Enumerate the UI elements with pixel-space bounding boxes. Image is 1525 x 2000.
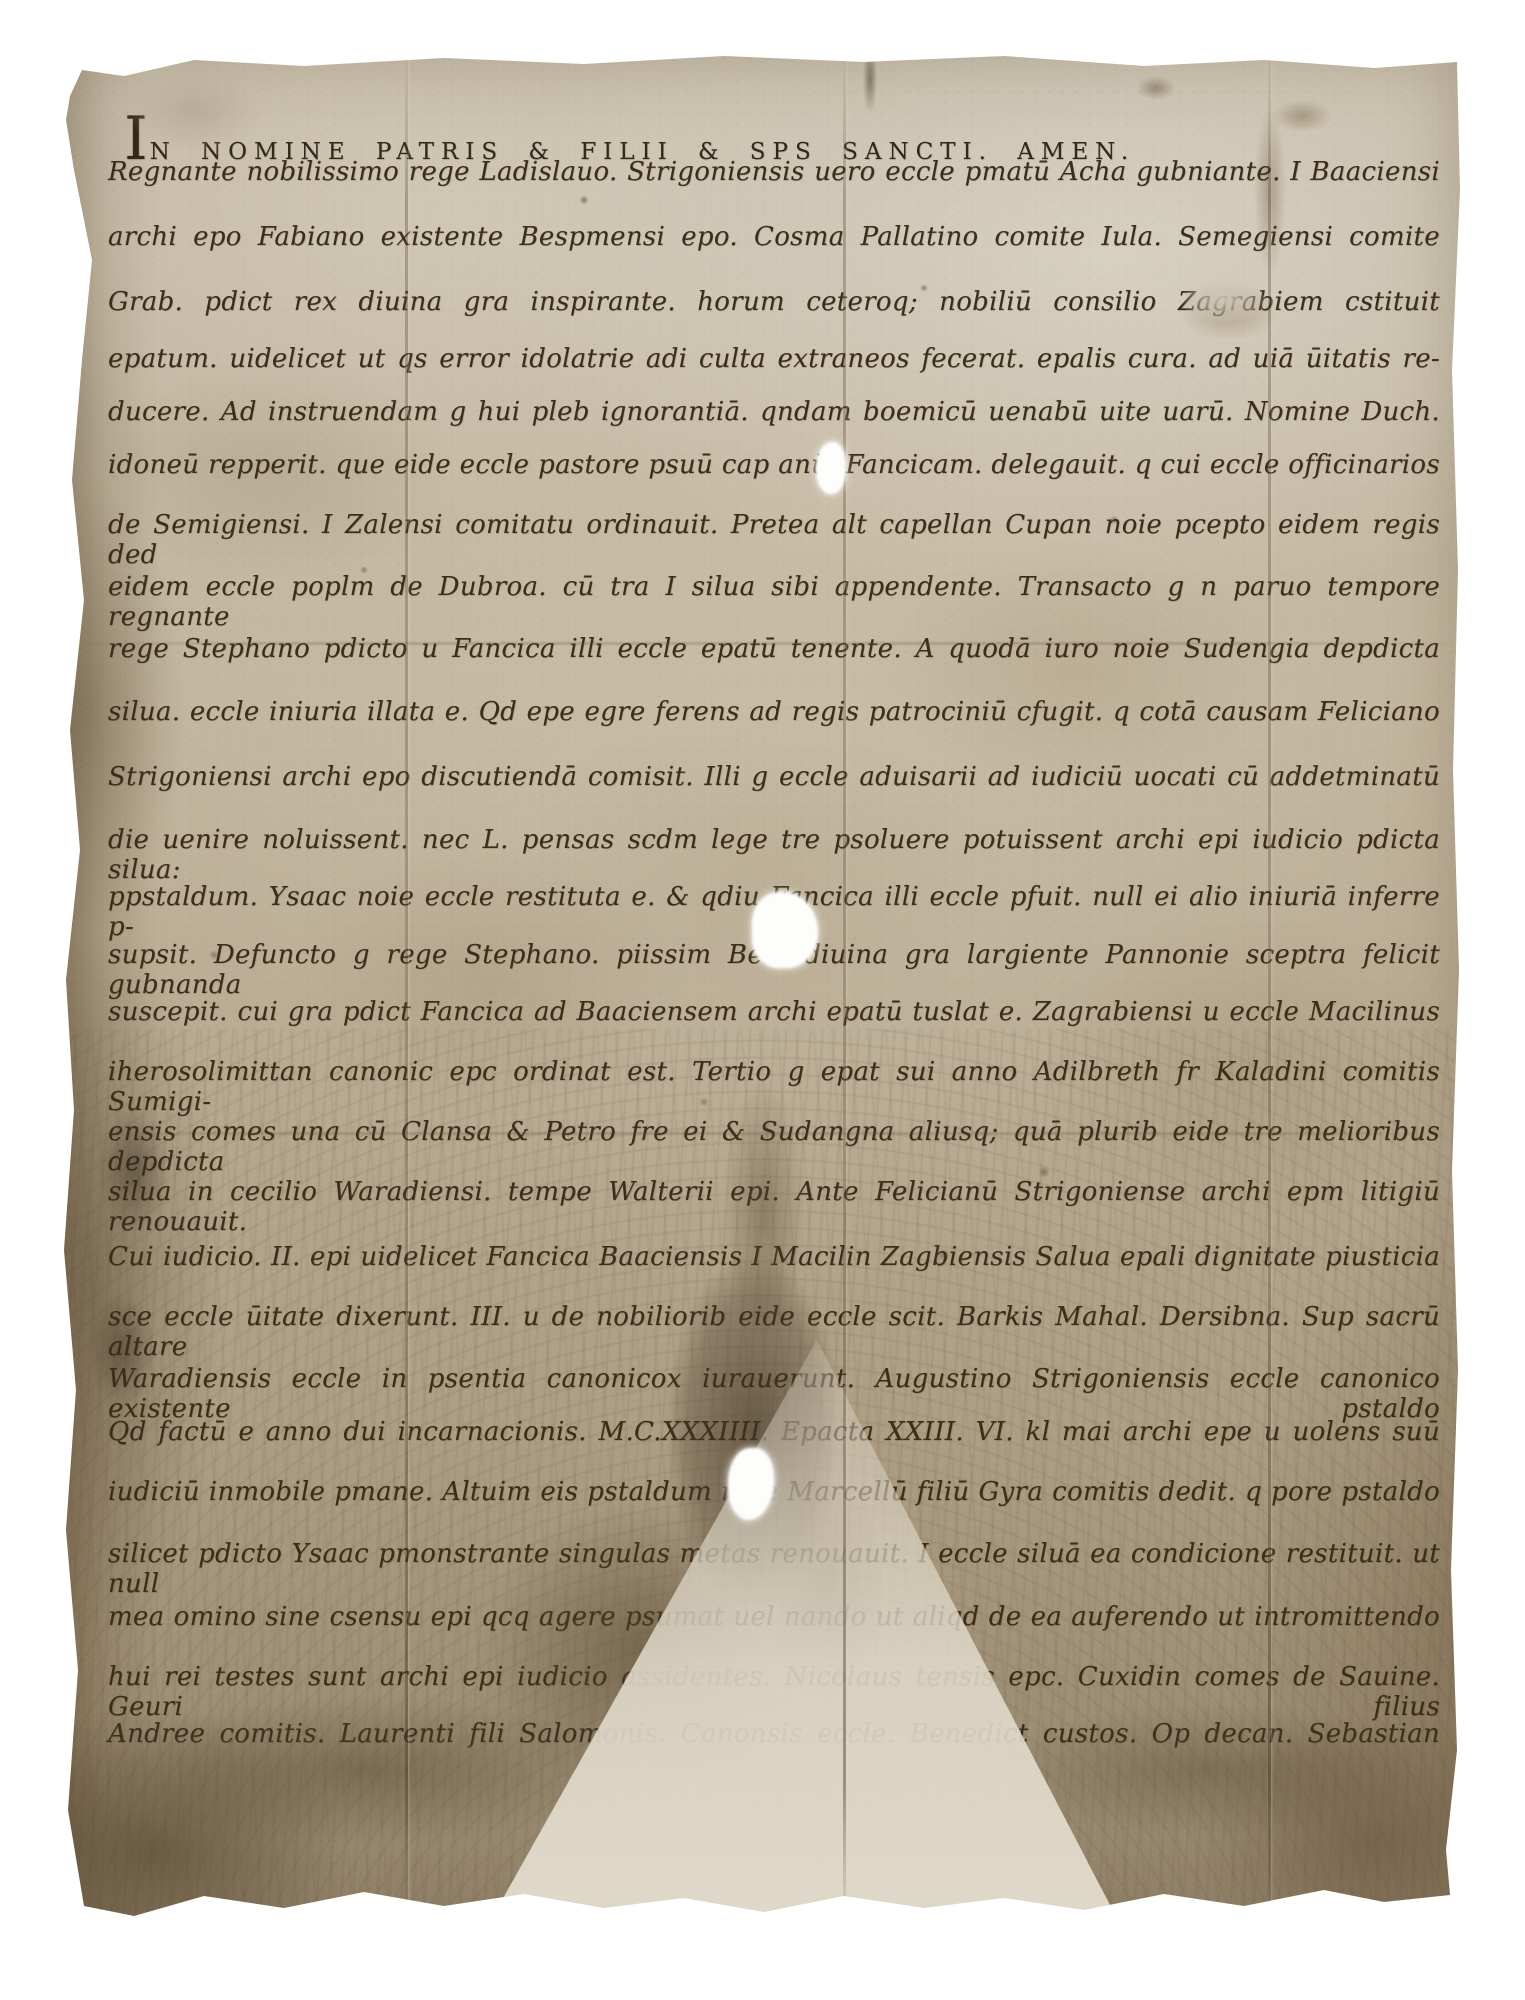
charter-line: silua in cecilio Waradiensi. tempe Walte…: [108, 1177, 1440, 1217]
fold-crease: [405, 50, 408, 1932]
photo-background: IN NOMINE PATRIS & FILII & SPS SANCTI. A…: [0, 0, 1525, 2000]
charter-line: epatum. uidelicet ut qs error idolatrie …: [108, 344, 1440, 384]
fold-crease: [843, 50, 846, 1932]
charter-line: de Semigiensi. I Zalensi comitatu ordina…: [108, 510, 1440, 550]
parchment-sheet: IN NOMINE PATRIS & FILII & SPS SANCTI. A…: [64, 50, 1460, 1932]
charter-line: iherosolimittan canonic epc ordinat est.…: [108, 1057, 1440, 1097]
charter-line: archi epo Fabiano existente Bespmensi ep…: [108, 222, 1440, 262]
charter-line: eidem eccle poplm de Dubroa. cū tra I si…: [108, 572, 1440, 612]
charter-line: sce eccle ūitate dixerunt. III. u de nob…: [108, 1302, 1440, 1342]
fold-crease: [1268, 50, 1271, 1932]
charter-line: Regnante nobilissimo rege Ladislauo. Str…: [108, 157, 1440, 197]
charter-line: silua. eccle iniuria illata e. Qd epe eg…: [108, 697, 1440, 737]
charter-line: rege Stephano pdicto u Fancica illi eccl…: [108, 634, 1440, 674]
charter-line: Cui iudicio. II. epi uidelicet Fancica B…: [108, 1242, 1440, 1282]
charter-line: Grab. pdict rex diuina gra inspirante. h…: [108, 287, 1440, 327]
charter-line: ensis comes una cū Clansa & Petro fre ei…: [108, 1117, 1440, 1157]
horizontal-crease: [64, 1132, 1460, 1135]
charter-line: Strigoniensi archi epo discutiendā comis…: [108, 762, 1440, 802]
charter-line: die uenire noluissent. nec L. pensas scd…: [108, 825, 1440, 865]
charter-line: suscepit. cui gra pdict Fancica ad Baaci…: [108, 997, 1440, 1037]
charter-line: Waradiensis eccle in psentia canonicox i…: [108, 1364, 1440, 1404]
parchment-hole: [816, 442, 846, 494]
charter-line: idoneū repperit. que eide eccle pastore …: [108, 450, 1440, 490]
charter-line: ducere. Ad instruendam g hui pleb ignora…: [108, 397, 1440, 437]
horizontal-crease: [64, 642, 1460, 645]
